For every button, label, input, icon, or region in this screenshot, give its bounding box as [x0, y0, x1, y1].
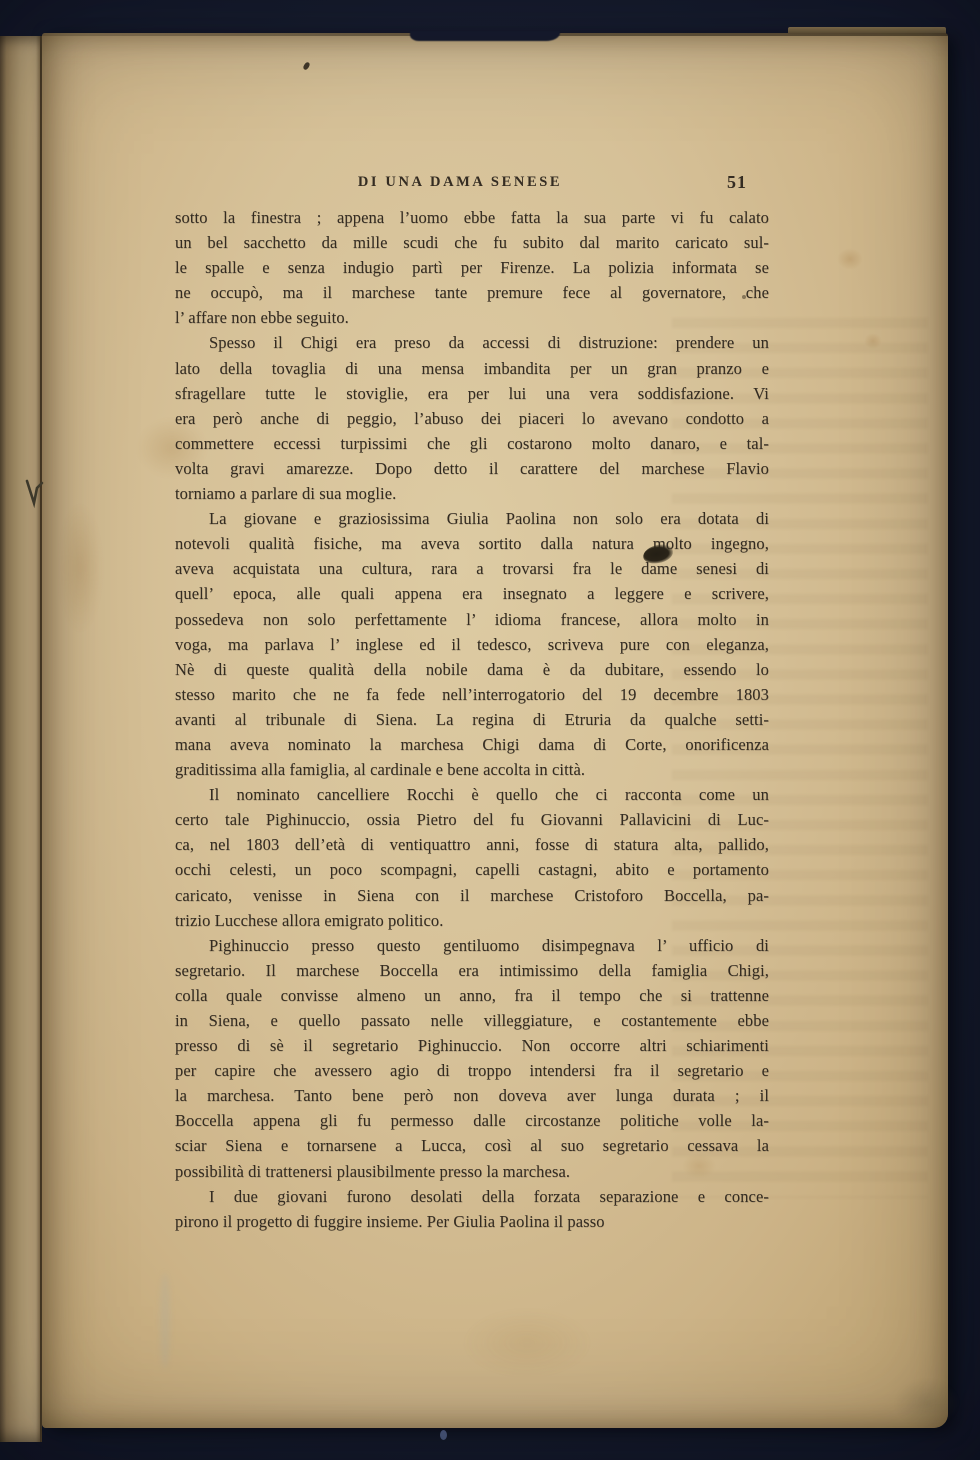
text-line: quell’ epoca, alle quali appena era inse… [175, 581, 769, 606]
text-line: era però anche di peggio, l’abuso dei pi… [175, 406, 769, 431]
text-line: Spesso il Chigi era preso da accessi di … [175, 330, 769, 355]
text-line: voga, ma parlava l’ inglese ed il tedesc… [175, 632, 769, 657]
text-line: presso di sè il segretario Pighinuccio. … [175, 1033, 769, 1058]
text-line: colla quale convisse almeno un anno, fra… [175, 983, 769, 1008]
page-number: 51 [727, 172, 747, 193]
text-line: avanti al tribunale di Siena. La regina … [175, 707, 769, 732]
paper-stain [462, 1308, 592, 1378]
paper-stain [58, 503, 102, 633]
text-line: segretario. Il marchese Boccella era int… [175, 958, 769, 983]
text-line: la marchesa. Tanto bene però non doveva … [175, 1083, 769, 1108]
paper-stain [894, 1378, 960, 1428]
text-line: in Siena, e quello passato nelle villegg… [175, 1008, 769, 1033]
scanner-dot [440, 1430, 447, 1440]
text-line: trizio Lucchese allora emigrato politico… [175, 908, 769, 933]
text-line: certo tale Pighinuccio, ossia Pietro del… [175, 807, 769, 832]
text-line: ca, nel 1803 dell’età di ventiquattro an… [175, 832, 769, 857]
text-line: sciar Siena e tornarsene a Lucca, così a… [175, 1133, 769, 1158]
text-line: Il nominato cancelliere Rocchi è quello … [175, 782, 769, 807]
text-line: commettere eccessi turpissimi che gli co… [175, 431, 769, 456]
text-line: occhi celesti, un poco scompagni, capell… [175, 857, 769, 882]
scanned-book-photo: DI UNA DAMA SENESE 51 sotto la finestra … [0, 0, 980, 1460]
text-line: per capire che avessero agio di troppo i… [175, 1058, 769, 1083]
text-line: notevoli qualità fisiche, ma aveva sorti… [175, 531, 769, 556]
book-page: DI UNA DAMA SENESE 51 sotto la finestra … [42, 33, 948, 1428]
text-line: ne occupò, ma il marchese tante premure … [175, 280, 769, 305]
text-line: Nè di queste qualità della nobile dama è… [175, 657, 769, 682]
running-title: DI UNA DAMA SENESE [163, 174, 757, 191]
text-line: pirono il progetto di fuggire insieme. P… [175, 1209, 769, 1234]
text-line: aveva acquistata una cultura, rara a tro… [175, 556, 769, 581]
binding-tear-mark [24, 479, 46, 514]
text-line: mana aveva nominato la marchesa Chigi da… [175, 732, 769, 757]
text-line: Boccella appena gli fu permesso dalle ci… [175, 1108, 769, 1133]
paper-stain [864, 333, 882, 349]
text-line: torniamo a parlare di sua moglie. [175, 481, 769, 506]
text-line: La giovane e graziosissima Giulia Paolin… [175, 506, 769, 531]
paper-speck [302, 61, 310, 70]
text-line: stesso marito che ne fa fede nell’interr… [175, 682, 769, 707]
text-line: le spalle e senza indugio partì per Fire… [175, 255, 769, 280]
text-line: graditissima alla famiglia, al cardinale… [175, 757, 769, 782]
text-line: possibilità di trattenersi plausibilment… [175, 1159, 769, 1184]
page-header: DI UNA DAMA SENESE 51 [175, 174, 769, 198]
text-line: Pighinuccio presso questo gentiluomo dis… [175, 933, 769, 958]
text-line: un bel sacchetto da mille scudi che fu s… [175, 230, 769, 255]
text-line: volta gravi amarezze. Dopo detto il cara… [175, 456, 769, 481]
text-line: sotto la finestra ; appena l’uomo ebbe f… [175, 205, 769, 230]
paper-stain [837, 248, 863, 270]
text-line: l’ affare non ebbe seguito. [175, 305, 769, 330]
text-line: caricato, venisse in Siena con il marche… [175, 883, 769, 908]
page-text: sotto la finestra ; appena l’uomo ebbe f… [175, 205, 769, 1234]
torn-edge-notch [410, 31, 560, 41]
text-line: I due giovani furono desolati della forz… [175, 1184, 769, 1209]
text-line: possedeva non solo perfettamente l’ idio… [175, 607, 769, 632]
text-line: lato della tovaglia di una mensa imbandi… [175, 356, 769, 381]
text-line: sfragellare tutte le stoviglie, era per … [175, 381, 769, 406]
book-binding-edge [0, 36, 42, 1442]
paper-stain [160, 1273, 170, 1368]
